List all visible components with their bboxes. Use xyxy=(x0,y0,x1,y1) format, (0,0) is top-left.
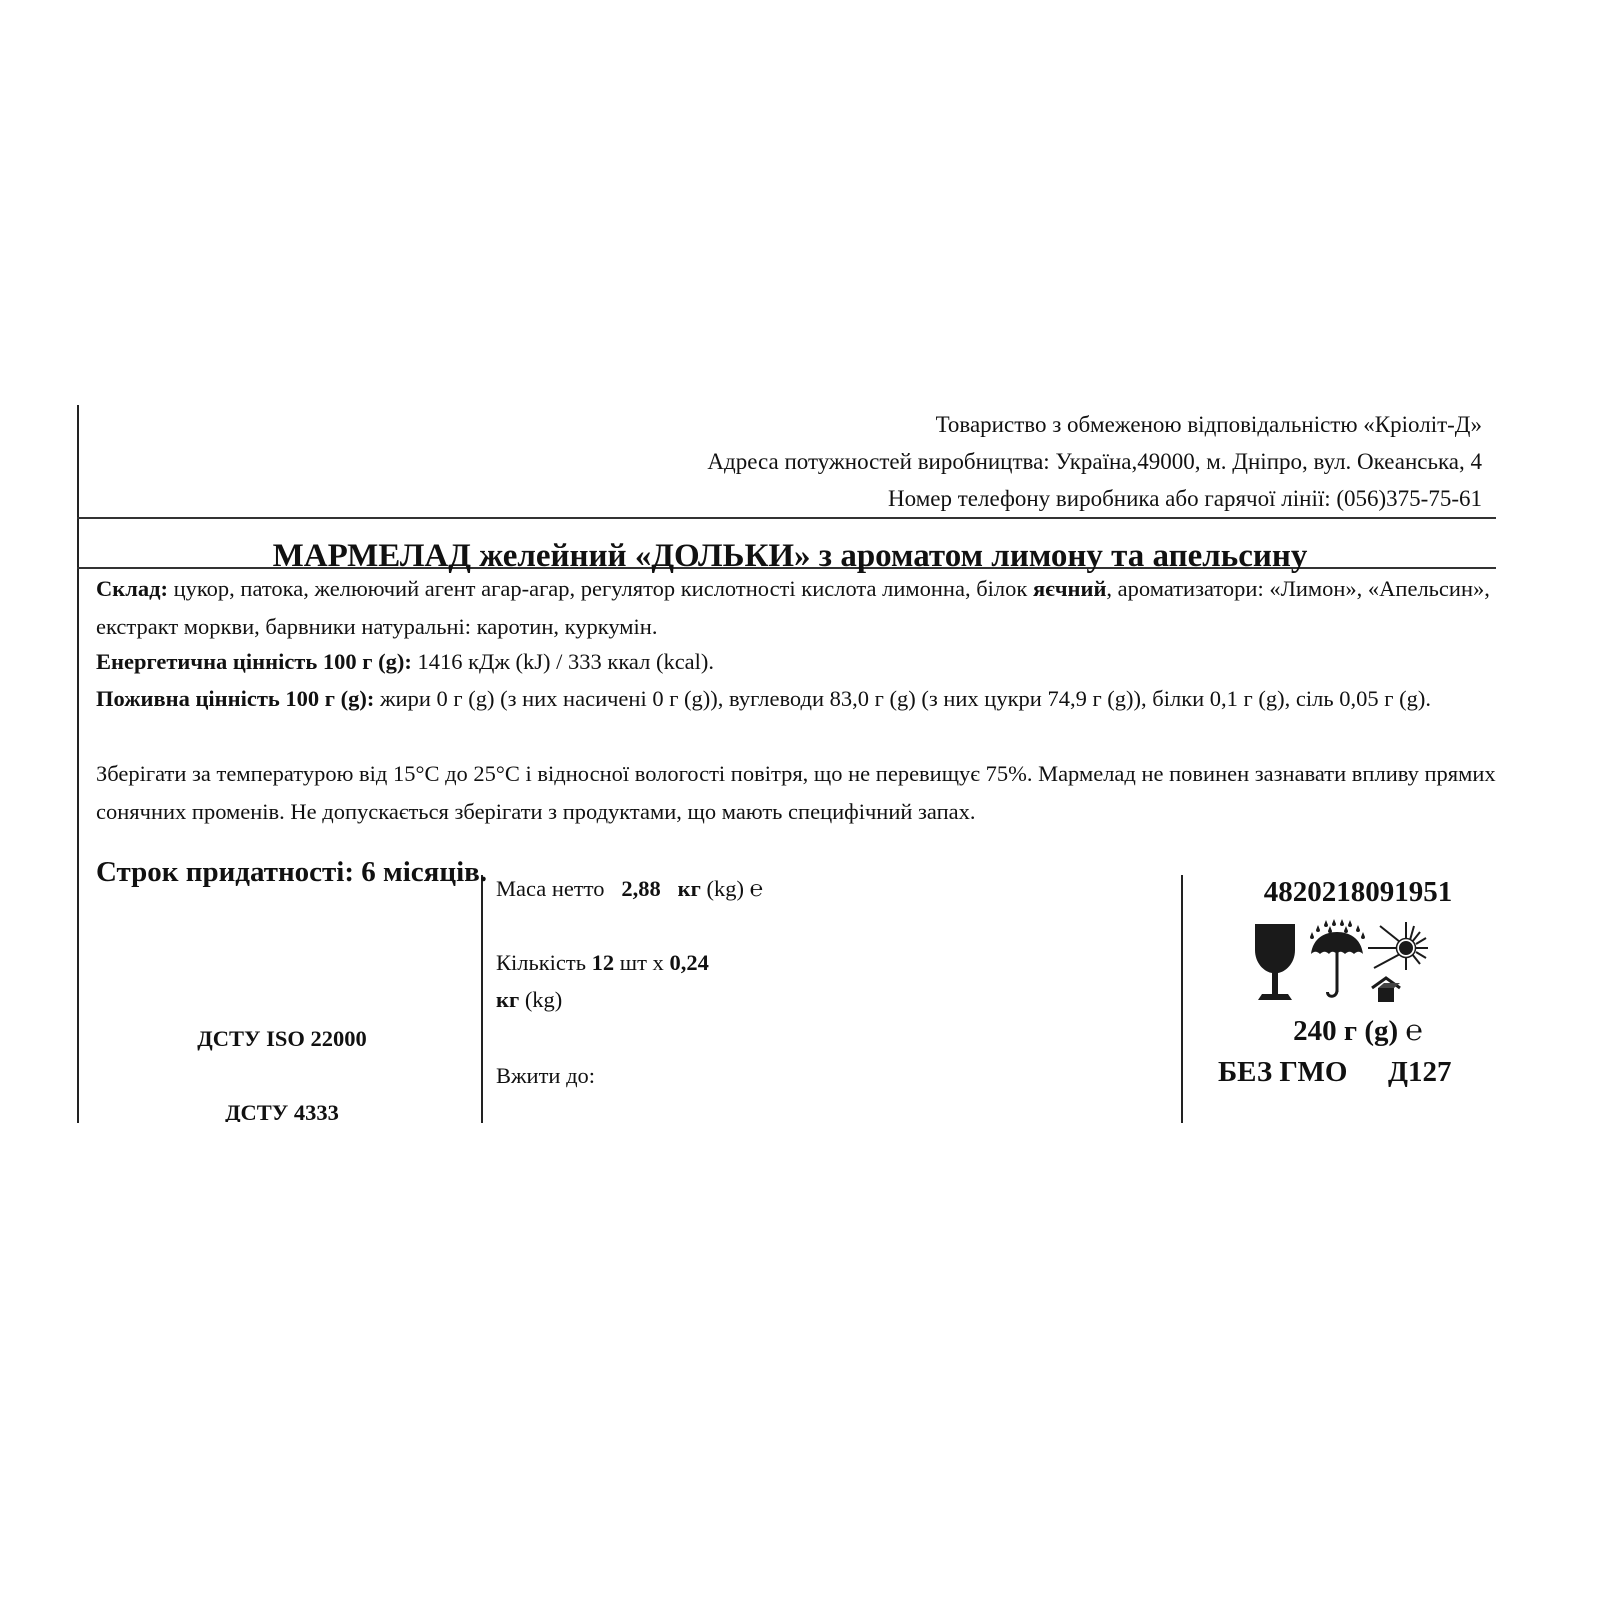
header-divider xyxy=(77,517,1496,519)
manufacturer-phone: Номер телефону виробника або гарячої лін… xyxy=(888,486,1482,512)
shelf-life: Строк придатності: 6 місяців. xyxy=(96,856,487,889)
keep-away-from-sun-icon xyxy=(1366,918,1430,1006)
nutrition-text: жири 0 г (g) (з них насичені 0 г (g)), в… xyxy=(374,686,1431,711)
storage-instructions: Зберігати за температурою від 15°С до 25… xyxy=(96,755,1496,830)
quantity-count: 12 xyxy=(592,950,615,975)
quantity-unit-rest: (kg) xyxy=(525,987,563,1012)
energy-text: 1416 кДж (kJ) / 333 ккал (kcal). xyxy=(412,649,714,674)
product-code: Д127 xyxy=(1388,1056,1451,1089)
nutrition-label: Поживна цінність 100 г (g): xyxy=(96,686,374,711)
net-mass: Маса нетто 2,88 кг (kg) ℮ xyxy=(496,876,763,902)
quantity-count-unit: шт х xyxy=(620,950,664,975)
quantity-label: Кількість xyxy=(496,950,586,975)
quantity: Кількість 12 шт х 0,24 xyxy=(496,950,709,976)
standard-dstu: ДСТУ 4333 xyxy=(82,1100,482,1122)
composition-text: цукор, патока, желюючий агент агар-агар,… xyxy=(168,576,1033,601)
fragile-glass-icon xyxy=(1250,922,1300,1004)
quantity-each: 0,24 xyxy=(669,950,708,975)
label-left-border xyxy=(77,405,79,1123)
net-mass-unit-rest: (kg) ℮ xyxy=(706,876,763,901)
keep-dry-umbrella-icon xyxy=(1308,918,1366,1004)
manufacturer-address: Адреса потужностей виробництва: Україна,… xyxy=(707,449,1482,475)
manufacturer-company: Товариство з обмеженою відповідальністю … xyxy=(936,412,1482,438)
net-mass-label: Маса нетто xyxy=(496,876,605,901)
column-divider-middle xyxy=(481,875,483,1123)
quantity-unit: кг (kg) xyxy=(496,987,562,1013)
energy-label: Енергетична цінність 100 г (g): xyxy=(96,649,412,674)
allergen-word: яєчний xyxy=(1033,576,1106,601)
standard-iso: ДСТУ ISO 22000 xyxy=(82,1026,482,1052)
barcode-number: 4820218091951 xyxy=(1188,876,1528,909)
best-before: Вжити до: xyxy=(496,1063,595,1089)
net-mass-value: 2,88 xyxy=(621,876,660,901)
nutrition-value: Поживна цінність 100 г (g): жири 0 г (g)… xyxy=(96,680,1476,718)
best-before-label: Вжити до: xyxy=(496,1063,595,1088)
composition: Склад: цукор, патока, желюючий агент ага… xyxy=(96,570,1516,645)
net-mass-unit: кг xyxy=(678,876,701,901)
gmo-free-badge: БЕЗ ГМО xyxy=(1218,1056,1347,1089)
energy-value: Енергетична цінність 100 г (g): 1416 кДж… xyxy=(96,643,1516,681)
column-divider-right xyxy=(1181,875,1183,1123)
quantity-unit-bold: кг xyxy=(496,987,519,1012)
unit-weight: 240 г (g) ℮ xyxy=(1188,1015,1528,1048)
composition-label: Склад: xyxy=(96,576,168,601)
